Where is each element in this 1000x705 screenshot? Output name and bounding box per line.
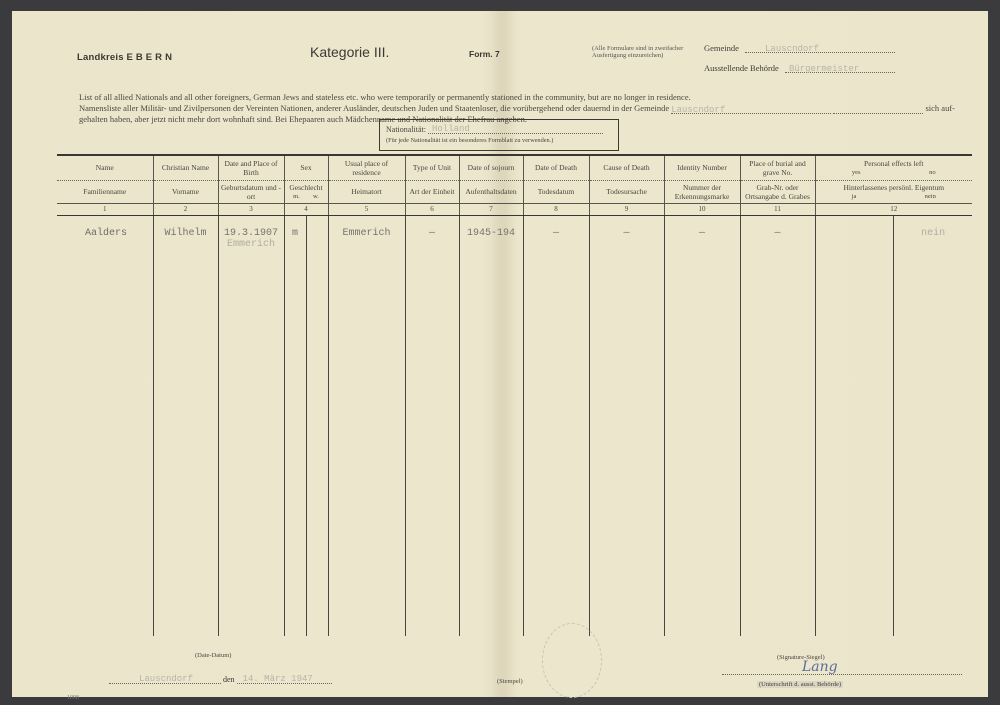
col-header-erkennungsmarke: Nummer der Erkennungsmarke xyxy=(664,180,740,203)
col-header-residence: Usual place of residence xyxy=(328,155,405,180)
personnel-table: Name Christian Name Date and Place of Bi… xyxy=(57,154,972,636)
den-label: den xyxy=(223,675,235,684)
cell-name: Aalders xyxy=(57,215,153,636)
cell-sex: m xyxy=(284,215,328,636)
effects-yes: yes xyxy=(852,168,861,177)
eigentum-title: Hinterlassenes persönl. Eigentum xyxy=(818,183,971,192)
cell-residence: Emmerich xyxy=(328,215,405,636)
col-header-death-date: Date of Death xyxy=(523,155,589,180)
behoerde-label: Ausstellende Behörde xyxy=(704,63,779,73)
cell-identity: — xyxy=(664,215,740,636)
effects-yes-value xyxy=(816,216,895,636)
intro-line-2-text: Namensliste aller Militär- und Zivilpers… xyxy=(79,103,669,113)
col-num-10: 10 xyxy=(664,203,740,215)
category-title: Kategorie III. xyxy=(310,44,389,60)
col-header-sex: Sex xyxy=(284,155,328,180)
effects-yes-no: yes no xyxy=(818,168,971,177)
intro-line-2: Namensliste aller Militär- und Zivilpers… xyxy=(79,103,955,114)
signature: Lang xyxy=(802,659,838,675)
cell-christian-name: Wilhelm xyxy=(153,215,218,636)
cell-burial: — xyxy=(740,215,815,636)
stamp-label: (Stempel) xyxy=(497,678,523,685)
signature-caption: (Unterschrift d. ausst. Behörde) xyxy=(757,681,843,688)
col-header-birth: Date and Place of Birth xyxy=(218,155,284,180)
cell-death-cause: — xyxy=(589,215,664,636)
cell-effects: nein xyxy=(815,215,972,636)
date-label: (Date-Datum) xyxy=(195,652,231,659)
sex-m-value: m xyxy=(285,216,307,636)
eigentum-sub: ja nein xyxy=(818,192,971,201)
gemeinde-field: Gemeinde Lauscndorf xyxy=(704,43,895,53)
header-row-german: Familienname Vorname Geburtsdatum und -o… xyxy=(57,180,972,203)
col-header-unit: Type of Unit xyxy=(405,155,459,180)
col-header-vorname: Vorname xyxy=(153,180,218,203)
effects-title: Personal effects left xyxy=(818,159,971,168)
eigentum-ja: ja xyxy=(852,192,857,201)
col-header-geschlecht: Geschlecht m. w. xyxy=(284,180,328,203)
col-num-3: 3 xyxy=(218,203,284,215)
col-num-11: 11 xyxy=(740,203,815,215)
intro-gemeinde-value: Lauscndorf xyxy=(671,105,725,115)
cell-unit: — xyxy=(405,215,459,636)
header-row-english: Name Christian Name Date and Place of Bi… xyxy=(57,155,972,180)
sex-w-label: w. xyxy=(313,192,319,201)
col-header-sojourn: Date of sojourn xyxy=(459,155,523,180)
col-num-9: 9 xyxy=(589,203,664,215)
effects-no-value: nein xyxy=(894,216,972,636)
landkreis-title: Landkreis E B E R N xyxy=(77,52,172,63)
gemeinde-label: Gemeinde xyxy=(704,43,739,53)
nationality-field: Nationalität: Holland xyxy=(386,124,612,134)
cell-sojourn: 1945-194 xyxy=(459,215,523,636)
col-num-7: 7 xyxy=(459,203,523,215)
col-num-12: 12 xyxy=(815,203,972,215)
gemeinde-line: Lauscndorf xyxy=(745,43,895,53)
col-header-heimatort: Heimatort xyxy=(328,180,405,203)
col-num-5: 5 xyxy=(328,203,405,215)
col-header-identity: Identity Number xyxy=(664,155,740,180)
eigentum-nein: nein xyxy=(925,192,936,201)
header-row-numbers: 1 2 3 4 5 6 7 8 9 10 11 12 xyxy=(57,203,972,215)
date-line: Lauscndorf den 14. März 1947 xyxy=(109,674,332,684)
col-header-geburtsdatum: Geburtsdatum und -ort xyxy=(218,180,284,203)
intro-line-1: List of all allied Nationals and all oth… xyxy=(79,92,955,103)
nationality-line: Holland xyxy=(428,124,603,134)
date-value: 14. März 1947 xyxy=(243,674,313,684)
duplicate-note: (Alle Formulare sind in zweifacher Ausfe… xyxy=(592,45,683,59)
gemeinde-value: Lauscndorf xyxy=(765,44,819,54)
behoerde-line: Bürgermeister xyxy=(785,63,895,73)
place-line: Lauscndorf xyxy=(109,674,221,684)
col-num-4: 4 xyxy=(284,203,328,215)
sex-w-value xyxy=(307,216,328,636)
nationality-box: Nationalität: Holland (Für jede National… xyxy=(379,119,619,151)
col-header-eigentum: Hinterlassenes persönl. Eigentum ja nein xyxy=(815,180,972,203)
geschlecht-sub: m. w. xyxy=(287,192,326,201)
col-num-8: 8 xyxy=(523,203,589,215)
col-header-name: Name xyxy=(57,155,153,180)
col-num-2: 2 xyxy=(153,203,218,215)
col-header-todesdatum: Todesdatum xyxy=(523,180,589,203)
form-document: Landkreis E B E R N Kategorie III. Form.… xyxy=(12,11,988,697)
birth-date: 19.3.1907 xyxy=(219,228,284,239)
table-row: Aalders Wilhelm 19.3.1907 Emmerich m Emm… xyxy=(57,215,972,636)
geschlecht-title: Geschlecht xyxy=(287,183,326,192)
archive-mark: 1098 xyxy=(67,695,79,701)
col-header-todesursache: Todesursache xyxy=(589,180,664,203)
intro-gemeinde-line: Lauscndorf xyxy=(671,104,831,114)
col-header-christian-name: Christian Name xyxy=(153,155,218,180)
effects-split: nein xyxy=(816,216,973,636)
duplicate-note-line1: (Alle Formulare sind in zweifacher xyxy=(592,45,683,52)
behoerde-field: Ausstellende Behörde Bürgermeister xyxy=(704,63,895,73)
sex-split: m xyxy=(285,216,328,636)
col-header-aufenthalt: Aufenthaltsdaten xyxy=(459,180,523,203)
nationality-note: (Für jede Nationalität ist ein besondere… xyxy=(386,137,612,144)
col-header-einheit: Art der Einheit xyxy=(405,180,459,203)
intro-line-2-end: sich auf- xyxy=(925,103,955,113)
intro-blank-line xyxy=(833,104,923,114)
duplicate-note-line2: Ausfertigung einzureichen) xyxy=(592,52,683,59)
behoerde-value: Bürgermeister xyxy=(789,64,859,74)
nationality-label: Nationalität: xyxy=(386,125,426,134)
place-value: Lauscndorf xyxy=(139,674,193,684)
cell-birth: 19.3.1907 Emmerich xyxy=(218,215,284,636)
col-num-1: 1 xyxy=(57,203,153,215)
col-header-burial: Place of burial and grave No. xyxy=(740,155,815,180)
effects-no: no xyxy=(929,168,936,177)
cell-death-date: — xyxy=(523,215,589,636)
col-header-death-cause: Cause of Death xyxy=(589,155,664,180)
birth-place: Emmerich xyxy=(219,239,284,250)
col-header-effects: Personal effects left yes no xyxy=(815,155,972,180)
col-num-6: 6 xyxy=(405,203,459,215)
sex-m-label: m. xyxy=(293,192,300,201)
col-header-grab: Grab-Nr. oder Ortsangabe d. Grabes xyxy=(740,180,815,203)
form-number: Form. 7 xyxy=(469,49,500,59)
col-header-familienname: Familienname xyxy=(57,180,153,203)
signature-line xyxy=(722,674,962,675)
date-value-line: 14. März 1947 xyxy=(237,674,332,684)
nationality-value: Holland xyxy=(432,124,470,134)
official-stamp xyxy=(542,623,602,698)
